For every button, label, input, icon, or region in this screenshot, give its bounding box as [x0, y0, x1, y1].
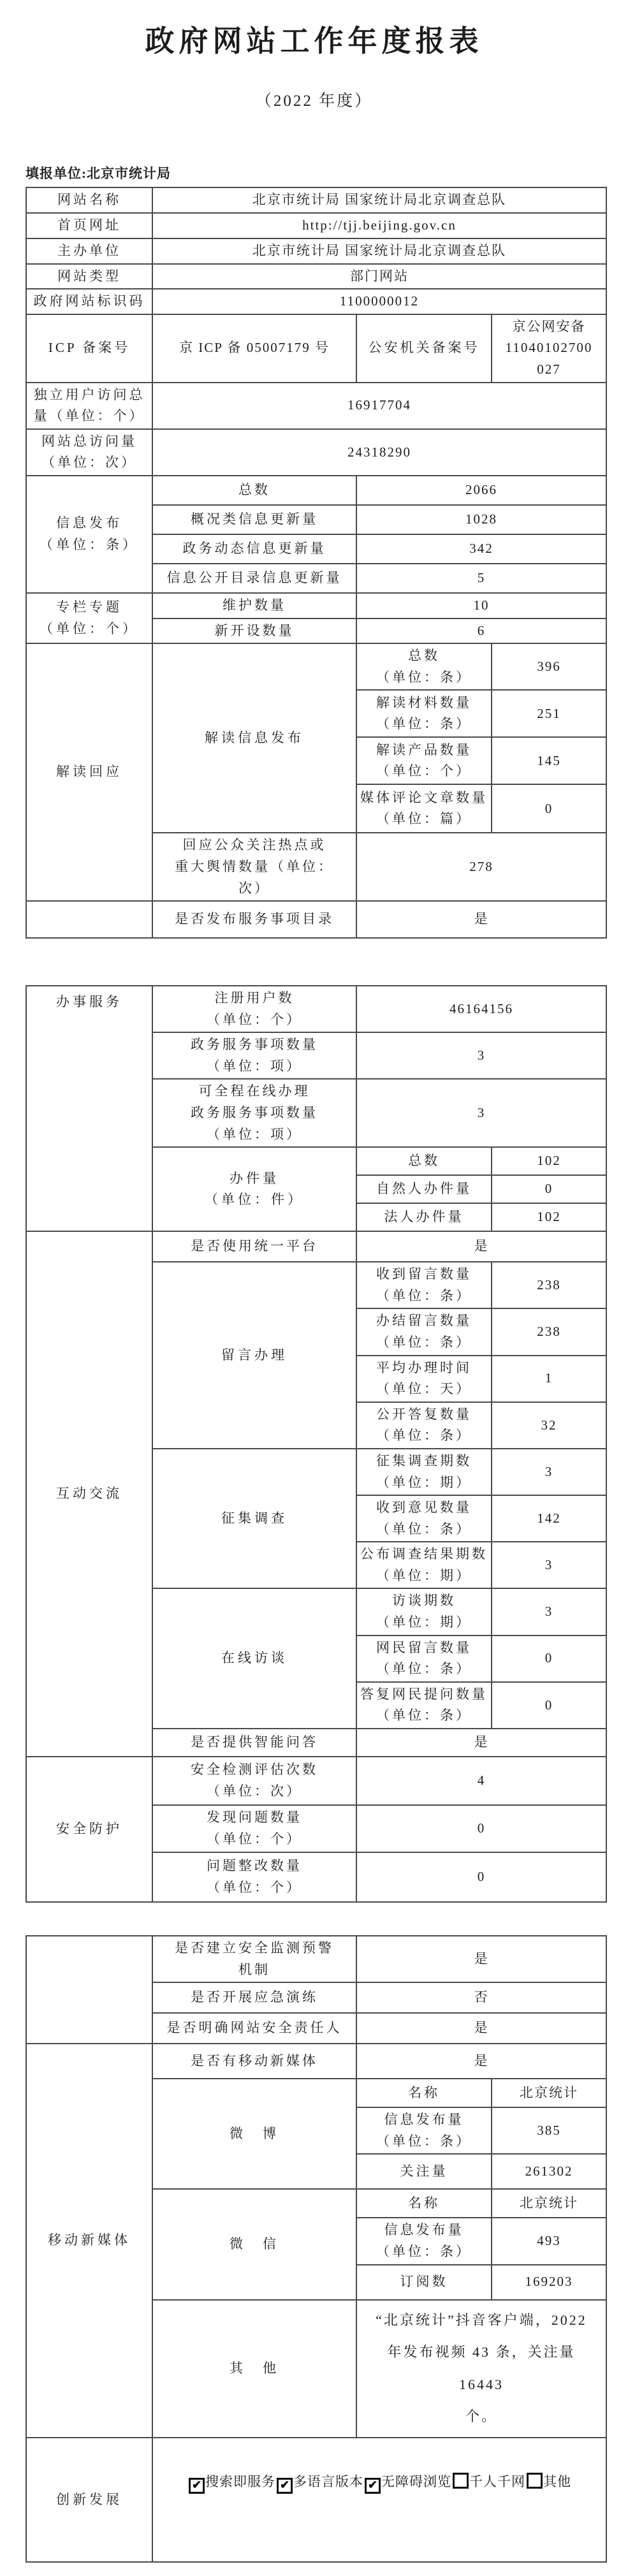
table-cell: 0: [492, 1636, 606, 1682]
table-cell: 是: [356, 1231, 606, 1262]
table-cell: 是: [356, 1936, 606, 1982]
table-cell: 关注量: [356, 2154, 492, 2189]
table-row: ICP 备案号京 ICP 备 05007179 号公安机关备案号京公网安备 11…: [26, 314, 606, 383]
table-cell: 微 信: [152, 2189, 356, 2299]
table-cell: 是: [356, 2044, 606, 2079]
table-cell: 自然人办件量: [356, 1175, 492, 1203]
table-cell: 政务动态信息更新量: [152, 534, 356, 564]
security-newmedia-innovation-table: 是否建立安全监测预警 机制是是否开展应急演练否是否明确网站安全责任人是移动新媒体…: [26, 1935, 607, 2563]
checkbox-unchecked-icon[interactable]: [453, 2473, 469, 2489]
table-cell: 142: [492, 1495, 606, 1542]
services-interaction-security-table: 办事服务注册用户数 （单位：个）46164156政务服务事项数量 （单位：项）3…: [26, 985, 607, 1903]
checkbox-label: 千人千网: [469, 2474, 525, 2489]
checkbox-label: 搜索即服务: [205, 2474, 275, 2489]
table-cell: 396: [492, 643, 606, 690]
table-cell: 102: [492, 1203, 606, 1231]
table-cell: 0: [492, 784, 606, 833]
table-cell: 总数: [356, 1147, 492, 1175]
table-cell: 是否建立安全监测预警 机制: [152, 1936, 356, 1982]
table-cell: 公安机关备案号: [356, 314, 492, 383]
table-cell: 办事服务: [26, 986, 152, 1231]
table-cell: 在线访谈: [152, 1588, 356, 1729]
table-cell: 订阅数: [356, 2265, 492, 2300]
table-cell: 互动交流: [26, 1231, 152, 1757]
page-subtitle: （2022 年度）: [0, 88, 628, 111]
table-cell: 信息发布量 （单位：条）: [356, 2107, 492, 2154]
table-row: 是否建立安全监测预警 机制是: [26, 1936, 606, 1982]
table-cell: 安全检测评估次数 （单位：次）: [152, 1757, 356, 1805]
police-filing-value: 京公网安备 11040102700 027: [492, 314, 606, 383]
table-cell: 278: [356, 833, 606, 901]
site-type-value: 部门网站: [152, 264, 606, 289]
table-cell: 信息发布 （单位：条）: [26, 476, 152, 593]
table-row: 解读回应解读信息发布总数 （单位：条）396: [26, 643, 606, 690]
icp-number-value: 京 ICP 备 05007179 号: [152, 314, 356, 383]
table-cell: 3: [492, 1449, 606, 1495]
table-cell: 解读材料数量 （单位：条）: [356, 690, 492, 737]
checkbox-label: 多语言版本: [293, 2474, 363, 2489]
table-cell: 创新发展: [26, 2438, 152, 2562]
table-row: 网站总访问量 （单位：次）24318290: [26, 429, 606, 476]
report-page: { "page": { "title": "政府网站工作年度报表", "subt…: [0, 0, 628, 2576]
table-cell: 2066: [356, 476, 606, 505]
table-cell: 342: [356, 534, 606, 564]
checkbox-checked-icon[interactable]: ✔: [189, 2478, 205, 2494]
table-cell: 是否发布服务事项目录: [152, 901, 356, 938]
site-id-value: 1100000012: [152, 289, 606, 314]
table-cell: 信息发布量 （单位：条）: [356, 2218, 492, 2264]
table-cell: 总数 （单位：条）: [356, 643, 492, 690]
table-cell: 回应公众关注热点或 重大舆情数量（单位： 次）: [152, 833, 356, 901]
organizer-value: 北京市统计局 国家统计局北京调查总队: [152, 238, 606, 264]
table-row: 安全防护安全检测评估次数 （单位：次）4: [26, 1757, 606, 1805]
table-cell: 是否使用统一平台: [152, 1231, 356, 1262]
table-cell: 维护数量: [152, 593, 356, 618]
table-cell: 238: [492, 1262, 606, 1308]
table-cell: 169203: [492, 2265, 606, 2300]
table-cell: 145: [492, 737, 606, 784]
table-row: 办事服务注册用户数 （单位：个）46164156: [26, 986, 606, 1032]
checkbox-label: 无障碍浏览: [381, 2474, 451, 2489]
table-row: 网站名称北京市统计局 国家统计局北京调查总队: [26, 187, 606, 213]
checkbox-label: 其他: [543, 2474, 571, 2489]
table-cell: 征集调查: [152, 1449, 356, 1589]
table-row: 创新发展✔搜索即服务✔多语言版本✔无障碍浏览千人千网其他: [26, 2438, 606, 2562]
table-cell: 平均办理时间 （单位：天）: [356, 1356, 492, 1402]
table-cell: 是: [356, 901, 606, 938]
table-cell: 办件量 （单位：件）: [152, 1147, 356, 1231]
table-cell: 主办单位: [26, 238, 152, 264]
table-cell: 总数: [152, 476, 356, 505]
table-cell: 1028: [356, 505, 606, 534]
table-cell: 概况类信息更新量: [152, 505, 356, 534]
table-cell: 0: [356, 1805, 606, 1852]
table-cell: 征集调查期数 （单位：期）: [356, 1449, 492, 1495]
table-cell: 6: [356, 618, 606, 644]
table-cell: 其 他: [152, 2300, 356, 2438]
table-cell: 网站总访问量 （单位：次）: [26, 429, 152, 476]
total-visits-value: 24318290: [152, 429, 606, 476]
table-cell: 名称: [356, 2189, 492, 2218]
table-row: 政府网站标识码1100000012: [26, 289, 606, 314]
table-row: 是否发布服务事项目录是: [26, 901, 606, 938]
table-cell: 可全程在线办理 政务服务事项数量 （单位：项）: [152, 1079, 356, 1147]
table-cell: 32: [492, 1402, 606, 1449]
table-cell: 是: [356, 1729, 606, 1757]
table-cell: 答复网民提问数量 （单位：条）: [356, 1682, 492, 1729]
table-row: 互动交流是否使用统一平台是: [26, 1231, 606, 1262]
table-cell: 是否开展应急演练: [152, 1982, 356, 2013]
table-cell: 网民留言数量 （单位：条）: [356, 1636, 492, 1682]
table-cell: 媒体评论文章数量 （单位：篇）: [356, 784, 492, 833]
table-cell: 3: [492, 1542, 606, 1588]
table-row: 首页网址http://tjj.beijing.gov.cn: [26, 213, 606, 238]
table-cell: 微 博: [152, 2079, 356, 2189]
registered-users-value: 46164156: [356, 986, 606, 1032]
table-cell: 是否提供智能问答: [152, 1729, 356, 1757]
table-row: 网站类型部门网站: [26, 264, 606, 289]
table-cell: 解读信息发布: [152, 643, 356, 833]
table-cell: 移动新媒体: [26, 2044, 152, 2438]
checkbox-checked-icon[interactable]: ✔: [277, 2478, 293, 2494]
table-cell: 3: [492, 1588, 606, 1635]
table-cell: 留言办理: [152, 1262, 356, 1449]
table-cell: 是否明确网站安全责任人: [152, 2013, 356, 2044]
table-cell: 问题整改数量 （单位：个）: [152, 1852, 356, 1902]
wechat-name-value: 北京统计: [492, 2189, 606, 2218]
table-cell: 解读回应: [26, 643, 152, 901]
table-row: 移动新媒体是否有移动新媒体是: [26, 2044, 606, 2079]
table-cell: 安全防护: [26, 1757, 152, 1902]
table-cell: 网站名称: [26, 187, 152, 213]
table-cell: 5: [356, 564, 606, 593]
table-cell: ICP 备案号: [26, 314, 152, 383]
table-cell: 注册用户数 （单位：个）: [152, 986, 356, 1032]
homepage-url-value: http://tjj.beijing.gov.cn: [152, 213, 606, 238]
page-title: 政府网站工作年度报表: [0, 18, 628, 60]
innovation-options-cell: ✔搜索即服务✔多语言版本✔无障碍浏览千人千网其他: [152, 2438, 606, 2562]
table-row: 主办单位北京市统计局 国家统计局北京调查总队: [26, 238, 606, 264]
table-cell: 4: [356, 1757, 606, 1805]
table-cell: 238: [492, 1308, 606, 1355]
site-name-value: 北京市统计局 国家统计局北京调查总队: [152, 187, 606, 213]
table-cell: 3: [356, 1032, 606, 1079]
table-cell: 办结留言数量 （单位：条）: [356, 1308, 492, 1355]
unique-visitors-value: 16917704: [152, 383, 606, 429]
table-cell: 独立用户访问总 量（单位：个）: [26, 383, 152, 429]
table-cell: 信息公开目录信息更新量: [152, 564, 356, 593]
table-cell: 访谈期数 （单位：期）: [356, 1588, 492, 1635]
table-cell: 收到留言数量 （单位：条）: [356, 1262, 492, 1308]
table-cell: 102: [492, 1147, 606, 1175]
table-cell: 10: [356, 593, 606, 618]
table-cell: 网站类型: [26, 264, 152, 289]
table-cell: 收到意见数量 （单位：条）: [356, 1495, 492, 1542]
table-cell: 名称: [356, 2079, 492, 2107]
table-cell: 公开答复数量 （单位：条）: [356, 1402, 492, 1449]
table-cell: [26, 901, 152, 938]
checkbox-unchecked-icon[interactable]: [527, 2473, 543, 2489]
table-cell: 493: [492, 2218, 606, 2264]
table-cell: 0: [492, 1682, 606, 1729]
table-cell: 3: [356, 1079, 606, 1147]
table-cell: 发现问题数量 （单位：个）: [152, 1805, 356, 1852]
table-cell: [26, 1936, 152, 2044]
table-cell: 公布调查结果期数 （单位：期）: [356, 1542, 492, 1588]
table-cell: 385: [492, 2107, 606, 2154]
table-cell: 0: [492, 1175, 606, 1203]
table-row: 专栏专题 （单位：个）维护数量10: [26, 593, 606, 618]
table-cell: 261302: [492, 2154, 606, 2189]
table-cell: 251: [492, 690, 606, 737]
table-cell: 否: [356, 1982, 606, 2013]
table-cell: 1: [492, 1356, 606, 1402]
other-newmedia-value: “北京统计”抖音客户端，2022 年发布视频 43 条，关注量 16443 个。: [356, 2300, 606, 2438]
table-row: 独立用户访问总 量（单位：个）16917704: [26, 383, 606, 429]
reporting-unit: 填报单位:北京市统计局: [26, 163, 171, 182]
table-cell: 是否有移动新媒体: [152, 2044, 356, 2079]
table-row: 信息发布 （单位：条）总数2066: [26, 476, 606, 505]
table-cell: 新开设数量: [152, 618, 356, 644]
table-cell: 解读产品数量 （单位：个）: [356, 737, 492, 784]
table-cell: 0: [356, 1852, 606, 1902]
checkbox-checked-icon[interactable]: ✔: [365, 2478, 381, 2494]
table-cell: 法人办件量: [356, 1203, 492, 1231]
weibo-name-value: 北京统计: [492, 2079, 606, 2107]
basic-info-table: 网站名称北京市统计局 国家统计局北京调查总队首页网址http://tjj.bei…: [26, 187, 607, 939]
table-cell: 首页网址: [26, 213, 152, 238]
table-cell: 专栏专题 （单位：个）: [26, 593, 152, 643]
table-cell: 政府网站标识码: [26, 289, 152, 314]
table-cell: 政务服务事项数量 （单位：项）: [152, 1032, 356, 1079]
table-cell: 是: [356, 2013, 606, 2044]
